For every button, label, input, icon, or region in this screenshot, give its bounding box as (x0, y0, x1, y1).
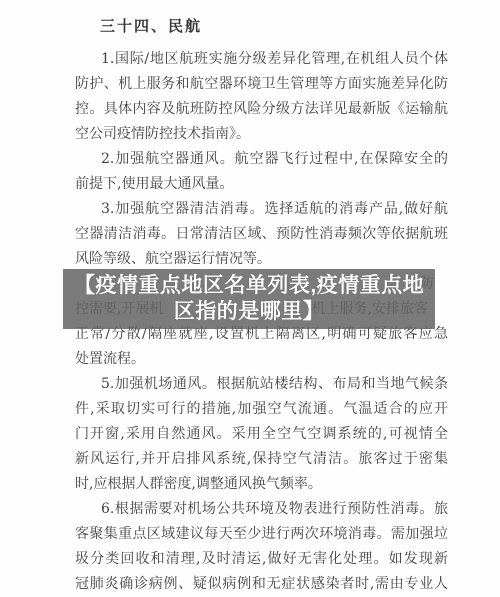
caption-overlay-line-2: 区指的是哪里】 (63, 299, 435, 325)
doc-line: 3.加强航空器清洁消毒。选择适航的消毒产品,做好航 (75, 197, 448, 222)
doc-line: 处置流程。 (75, 347, 448, 372)
doc-line: 6.根据需要对机场公共环境及物表进行预防性消毒。旅 (75, 497, 448, 522)
caption-overlay-line-1: 【疫情重点地区名单列表,疫情重点地 (63, 273, 435, 299)
doc-line: 件,采取切实可行的措施,加强空气流通。气温适合的应开 (75, 397, 448, 422)
doc-line: 空公司疫情防控技术指南》。 (75, 122, 448, 147)
doc-line: 2.加强航空器通风。航空器飞行过程中,在保障安全的 (75, 147, 448, 172)
doc-line: 防护、机上服务和航空器环境卫生管理等方面实施差异化防 (75, 72, 448, 97)
doc-line: 1.国际/地区航班实施分级差异化管理,在机组人员个体 (75, 47, 448, 72)
doc-line: 前提下,使用最大通风量。 (75, 172, 448, 197)
doc-line: 新风运行,并开启排风系统,保持空气清洁。旅客过于密集 (75, 447, 448, 472)
doc-line: 冠肺炎确诊病例、疑似病例和无症状感染者时,需由专业人 (75, 572, 448, 597)
doc-line: 圾分类回收和清理,及时清运,做好无害化处理。如发现新 (75, 547, 448, 572)
doc-line: 控。具体内容及航班防控风险分级方法详见最新版《运输航 (75, 97, 448, 122)
caption-overlay-box: 【疫情重点地区名单列表,疫情重点地 区指的是哪里】 (63, 269, 435, 329)
doc-line: 5.加强机场通风。根据航站楼结构、布局和当地气候条 (75, 372, 448, 397)
doc-line: 空器清洁消毒。日常清洁区域、预防性消毒频次等依据航班 (75, 222, 448, 247)
document-page: 三十四、民航 1.国际/地区航班实施分级差异化管理,在机组人员个体防护、机上服务… (0, 0, 500, 597)
doc-line: 门开窗,采用自然通风。采用全空气空调系统的,可视情全 (75, 422, 448, 447)
doc-line: 客聚集重点区域建议每天至少进行两次环境消毒。需加强垃 (75, 522, 448, 547)
section-heading: 三十四、民航 (100, 15, 202, 36)
doc-line: 时,应根据人群密度,调整通风换气频率。 (75, 472, 448, 497)
